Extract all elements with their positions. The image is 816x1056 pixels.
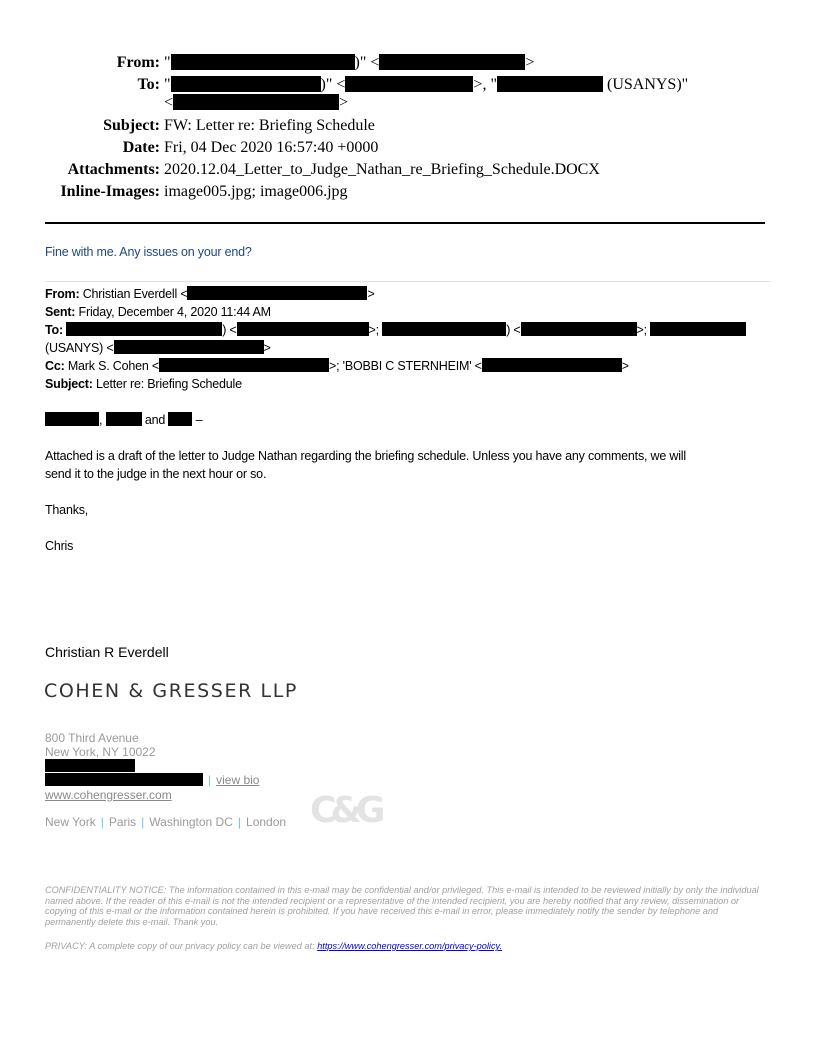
address-line2: New York, NY 10022 [45,745,156,759]
from-value: ")" <> [164,54,534,72]
subject-label: Subject: [0,117,160,135]
redaction [237,322,369,336]
signature-name: Christian R Everdell [45,644,169,660]
fwd-to-row: To: ) <>; ) <>; [45,321,746,339]
contact-row: |view bio [45,773,259,787]
redaction [106,412,142,426]
privacy-notice: PRIVACY: A complete copy of our privacy … [45,941,502,951]
address-line1: 800 Third Avenue [45,731,139,745]
date-value: Fri, 04 Dec 2020 16:57:40 +0000 [164,139,378,157]
redaction [187,286,367,300]
redaction [66,322,222,336]
firm-logo: COHEN & GRESSER LLP [44,680,298,702]
view-bio-link[interactable]: view bio [216,773,259,787]
website-link[interactable]: www.cohengresser.com [45,788,172,802]
office-london: London [246,815,286,829]
redaction [382,322,506,336]
fwd-cc-row: Cc: Mark S. Cohen <>; 'BOBBI C STERNHEIM… [45,357,629,375]
redaction [45,773,203,786]
closing: Thanks, [45,501,88,519]
fwd-cc-name: Mark S. Cohen < [68,359,159,373]
fwd-from-name: Christian Everdell < [83,287,188,301]
body-paragraph-line2: send it to the judge in the next hour or… [45,465,266,483]
redaction [45,759,135,772]
inline-images-label: Inline-Images: [0,183,160,201]
to-value: ")" <>, " (USANYS)" [164,76,688,94]
body-paragraph-line1: Attached is a draft of the letter to Jud… [45,447,686,465]
fwd-to-cont: (USANYS) < [45,341,114,355]
greeting: , and – [45,411,202,429]
forward-divider [45,281,771,282]
header-divider [45,222,765,224]
fwd-sent-value: Friday, December 4, 2020 11:44 AM [79,305,271,319]
fwd-to-row-cont: (USANYS) <> [45,339,271,357]
fwd-subject-row: Subject: Letter re: Briefing Schedule [45,375,242,393]
from-label: From: [0,54,160,72]
redaction [159,358,329,372]
inline-images-value: image005.jpg; image006.jpg [164,183,348,201]
subject-value: FW: Letter re: Briefing Schedule [164,117,375,135]
fwd-from-label: From: [45,287,79,301]
cg-logo-icon: C&G [310,790,379,831]
redaction [482,358,622,372]
confidentiality-notice: CONFIDENTIALITY NOTICE: The information … [45,885,770,927]
fwd-subject-label: Subject: [45,377,93,391]
redaction [114,340,264,354]
offices-row: New York|Paris|Washington DC|London [45,815,286,829]
privacy-policy-link[interactable]: https://www.cohengresser.com/privacy-pol… [317,941,502,951]
office-paris: Paris [109,815,136,829]
attachments-label: Attachments: [0,161,160,179]
redaction [168,412,192,426]
fwd-sent-row: Sent: Friday, December 4, 2020 11:44 AM [45,303,271,321]
redaction [345,76,473,92]
redaction [45,412,99,426]
website-row: www.cohengresser.com [45,788,172,802]
redaction [173,94,339,110]
fwd-cc-label: Cc: [45,359,65,373]
redaction [650,322,746,336]
fwd-subject-value: Letter re: Briefing Schedule [96,377,242,391]
date-label: Date: [0,139,160,157]
to-label: To: [0,76,160,94]
signoff: Chris [45,537,73,555]
fwd-sent-label: Sent: [45,305,75,319]
fwd-cc-second: >; 'BOBBI C STERNHEIM' < [329,359,482,373]
reply-text: Fine with me. Any issues on your end? [45,243,252,261]
attachment-link[interactable]: 2020.12.04_Letter_to_Judge_Nathan_re_Bri… [164,161,600,179]
redaction [171,76,321,92]
redaction [497,76,603,92]
redaction [171,54,355,70]
redaction [521,322,637,336]
fwd-from-row: From: Christian Everdell <> [45,285,375,303]
fwd-to-label: To: [45,323,63,337]
office-washington-dc: Washington DC [149,815,233,829]
redaction [379,54,525,70]
to-suffix: (USANYS)" [607,76,688,93]
office-new-york: New York [45,815,96,829]
